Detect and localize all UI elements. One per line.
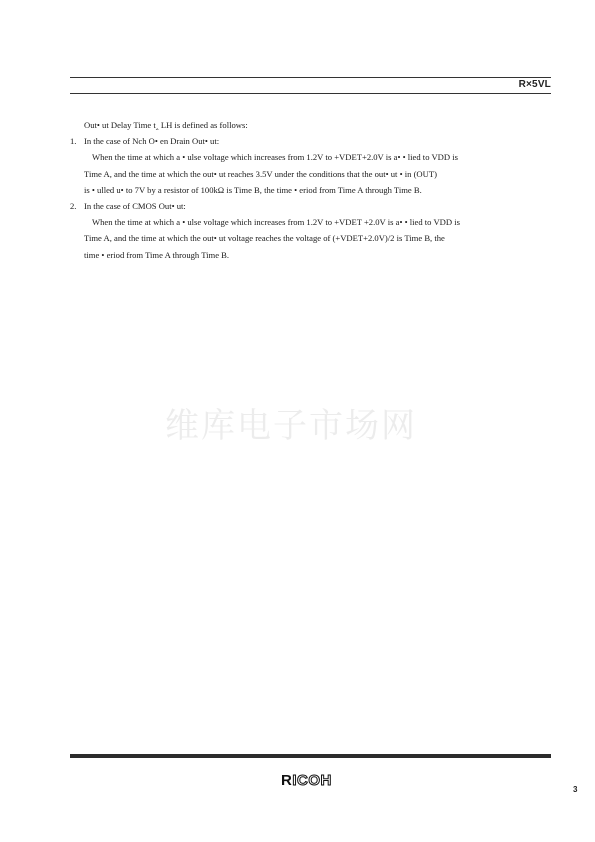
- item-2-heading-text: In the case of CMOS Out• ut:: [84, 201, 186, 211]
- footer-rule: [70, 754, 551, 758]
- item-1-line-1: When the time at which a • ulse voltage …: [70, 149, 551, 165]
- logo-first-letter: R: [281, 772, 292, 789]
- watermark-text: 维库电子市场网: [165, 398, 417, 447]
- document-body: Out• ut Delay Time t‸ LH is defined as f…: [70, 117, 551, 263]
- ricoh-logo: RICOH: [281, 772, 332, 789]
- item-2-number: 2.: [70, 198, 84, 214]
- item-1-line-2: Time A, and the time at which the out• u…: [70, 166, 551, 182]
- item-1-number: 1.: [70, 133, 84, 149]
- item-1-heading-text: In the case of Nch O• en Drain Out• ut:: [84, 136, 219, 146]
- item-2-heading: 2.In the case of CMOS Out• ut:: [70, 198, 551, 214]
- header-rule-bottom: [70, 93, 551, 94]
- item-1-line-3: is • ulled u• to 7V by a resistor of 100…: [70, 182, 551, 198]
- item-2-line-2: Time A, and the time at which the out• u…: [70, 230, 551, 246]
- item-2-line-3: time • eriod from Time A through Time B.: [70, 247, 551, 263]
- logo-outline-letters: ICOH: [292, 772, 332, 789]
- header-rule-top: [70, 77, 551, 78]
- intro-line: Out• ut Delay Time t‸ LH is defined as f…: [70, 117, 551, 133]
- item-2-line-1: When the time at which a • ulse voltage …: [70, 214, 551, 230]
- item-1-heading: 1.In the case of Nch O• en Drain Out• ut…: [70, 133, 551, 149]
- document-code: R×5VL: [519, 79, 551, 90]
- page-number: 3: [573, 785, 577, 794]
